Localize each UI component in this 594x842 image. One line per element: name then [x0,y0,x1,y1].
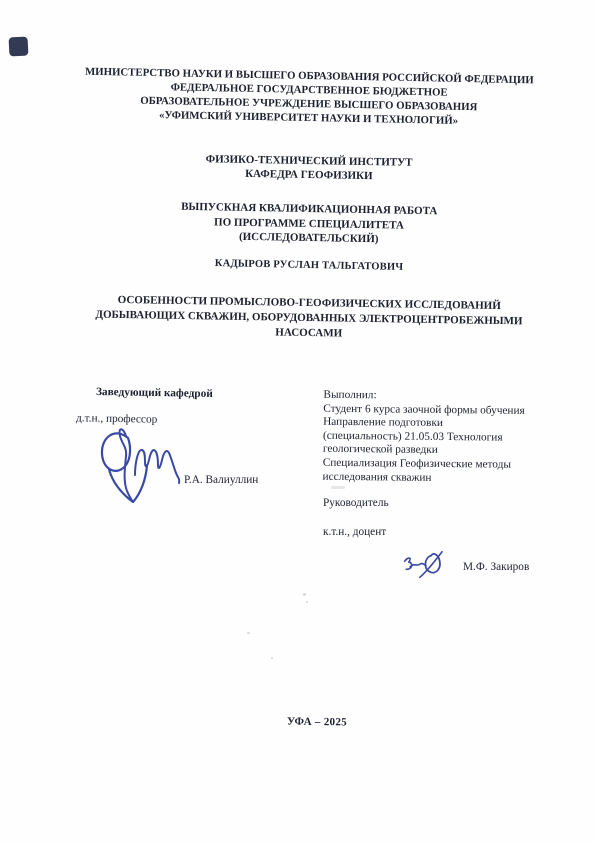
scan-noise-speck [306,601,308,603]
work-type-block: ВЫПУСКНАЯ КВАЛИФИКАЦИОННАЯ РАБОТА ПО ПРО… [14,197,594,251]
scan-noise-speck [303,593,306,596]
institute-block: ФИЗИКО-ТЕХНИЧЕСКИЙ ИНСТИТУТ КАФЕДРА ГЕОФ… [14,149,594,187]
supervisor-label: Руководитель [323,497,389,511]
scan-noise-speck [331,486,345,489]
head-signature [97,423,187,508]
scan-noise-speck [247,632,250,634]
thesis-title: ОСОБЕННОСТИ ПРОМЫСЛОВО-ГЕОФИЗИЧЕСКИХ ИСС… [14,291,594,345]
performer-line: исследования скважин [323,470,559,486]
thesis-title-page: МИНИСТЕРСТВО НАУКИ И ВЫСШЕГО ОБРАЗОВАНИЯ… [0,0,594,842]
performer-block: Выполнил: Студент 6 курса заочной формы … [323,389,560,487]
city-year: УФА – 2025 [34,712,594,732]
supervisor-signature [400,549,448,582]
scan-noise-speck [271,657,273,659]
scan-artifact-mark [9,37,29,57]
head-of-department-label: Заведующий кафедрой [96,386,213,402]
ministry-header: МИНИСТЕРСТВО НАУКИ И ВЫСШЕГО ОБРАЗОВАНИЯ… [14,63,594,130]
head-name: Р.А. Валиуллин [184,474,258,488]
author-name: КАДЫРОВ РУСЛАН ТАЛЬГАТОВИЧ [14,254,594,277]
supervisor-name: М.Ф. Закиров [463,561,529,575]
supervisor-degree: к.т.н., доцент [323,526,386,540]
